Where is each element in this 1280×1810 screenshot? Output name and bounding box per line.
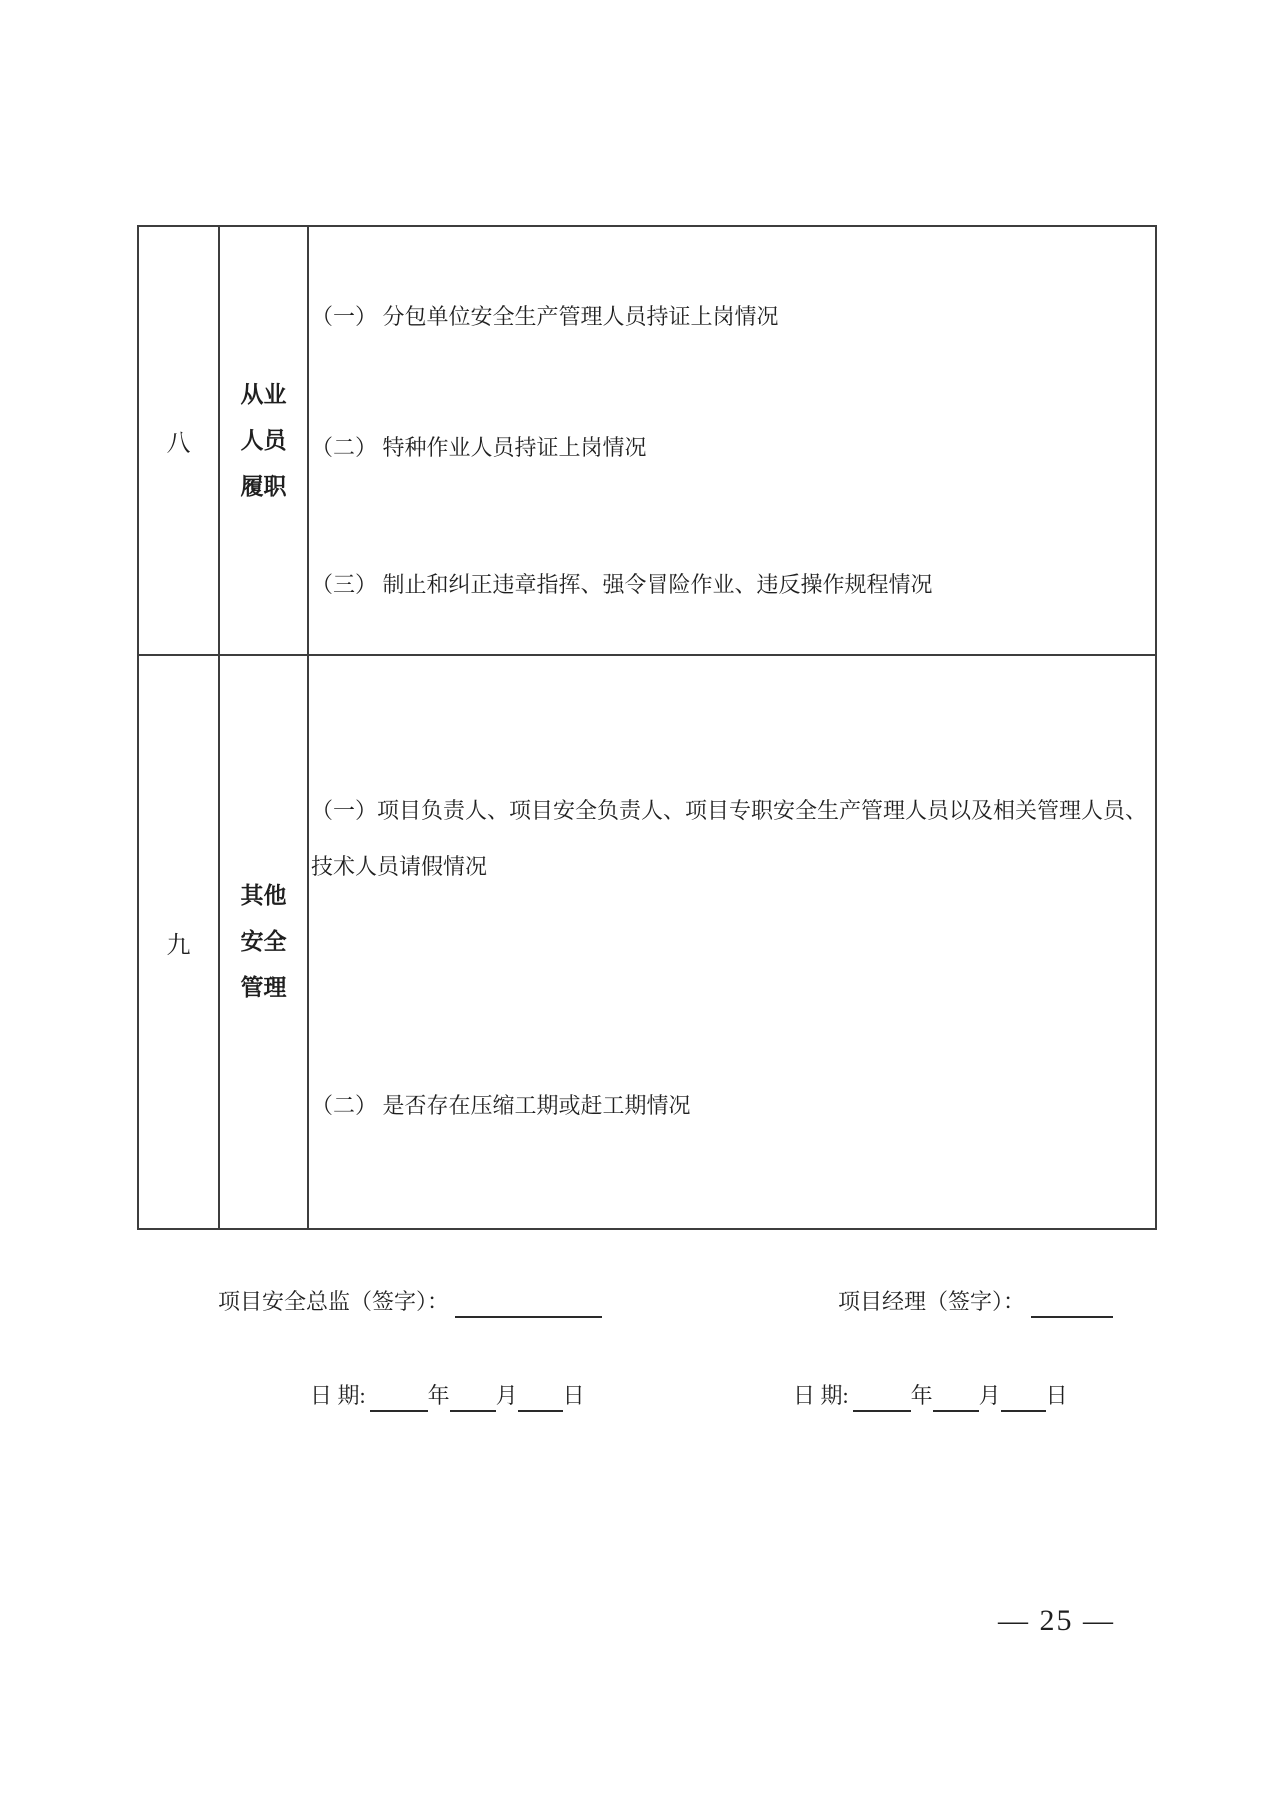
checklist-item: （二） 是否存在压缩工期或赶工期情况 bbox=[311, 1091, 1149, 1121]
table-row: 九 其他 安全 管理 （一）项目负责人、项目安全负责人、项目专职安全生产管理人员… bbox=[138, 655, 1156, 1229]
signature-blank bbox=[455, 1292, 602, 1318]
checklist-item-text: （二） 特种作业人员持证上岗情况 bbox=[311, 433, 1149, 463]
date-year-suffix: 年 bbox=[911, 1383, 933, 1408]
date-line: 日 期:年月日 bbox=[793, 1380, 1068, 1412]
page-number: — 25 — bbox=[998, 1604, 1115, 1638]
table-row: 八 从业 人员 履职 （一） 分包单位安全生产管理人员持证上岗情况 （二） 特种… bbox=[138, 226, 1156, 655]
date-day-blank bbox=[1001, 1386, 1046, 1412]
items-cell: （一） 分包单位安全生产管理人员持证上岗情况 （二） 特种作业人员持证上岗情况 … bbox=[308, 226, 1156, 655]
category-line: 管理 bbox=[220, 965, 307, 1011]
signature-label: 项目经理（签字）： bbox=[838, 1289, 1025, 1314]
signature-line-project-manager: 项目经理（签字）： bbox=[838, 1286, 1113, 1318]
checklist-item: （一） 分包单位安全生产管理人员持证上岗情况 bbox=[311, 302, 1149, 332]
date-year-suffix: 年 bbox=[428, 1383, 450, 1408]
category-line: 人员 bbox=[220, 418, 307, 464]
date-month-suffix: 月 bbox=[979, 1383, 1001, 1408]
date-day-suffix: 日 bbox=[1046, 1383, 1068, 1408]
date-day-blank bbox=[518, 1386, 563, 1412]
signature-label: 项目安全总监（签字）： bbox=[218, 1289, 449, 1314]
checklist-item-text: （一） 分包单位安全生产管理人员持证上岗情况 bbox=[311, 302, 1149, 332]
row-number-cell: 八 bbox=[138, 226, 219, 655]
checklist-item-text: （三） 制止和纠正违章指挥、强令冒险作业、违反操作规程情况 bbox=[311, 570, 1149, 600]
category-line: 从业 bbox=[220, 372, 307, 418]
checklist-item-text: （二） 是否存在压缩工期或赶工期情况 bbox=[311, 1091, 1149, 1121]
inspection-table: 八 从业 人员 履职 （一） 分包单位安全生产管理人员持证上岗情况 （二） 特种… bbox=[137, 225, 1157, 1230]
category-line: 安全 bbox=[220, 919, 307, 965]
category-line: 其他 bbox=[220, 873, 307, 919]
row-number: 八 bbox=[139, 423, 218, 458]
checklist-item: （三） 制止和纠正违章指挥、强令冒险作业、违反操作规程情况 bbox=[311, 570, 1149, 600]
category-line: 履职 bbox=[220, 464, 307, 510]
date-month-blank bbox=[933, 1386, 979, 1412]
date-month-suffix: 月 bbox=[496, 1383, 518, 1408]
date-line: 日 期:年月日 bbox=[310, 1380, 585, 1412]
date-month-blank bbox=[450, 1386, 496, 1412]
category-cell: 从业 人员 履职 bbox=[219, 226, 308, 655]
document-page: 八 从业 人员 履职 （一） 分包单位安全生产管理人员持证上岗情况 （二） 特种… bbox=[0, 0, 1280, 1810]
row-number: 九 bbox=[139, 925, 218, 960]
date-year-blank bbox=[853, 1386, 911, 1412]
row-number-cell: 九 bbox=[138, 655, 219, 1229]
date-label: 日 期: bbox=[310, 1383, 366, 1408]
items-cell: （一）项目负责人、项目安全负责人、项目专职安全生产管理人员以及相关管理人员、 技… bbox=[308, 655, 1156, 1229]
date-day-suffix: 日 bbox=[563, 1383, 585, 1408]
date-year-blank bbox=[370, 1386, 428, 1412]
signature-line-safety-director: 项目安全总监（签字）： bbox=[218, 1286, 602, 1318]
checklist-item-text: （一）项目负责人、项目安全负责人、项目专职安全生产管理人员以及相关管理人员、 bbox=[311, 783, 1149, 839]
date-label: 日 期: bbox=[793, 1383, 849, 1408]
checklist-item: （一）项目负责人、项目安全负责人、项目专职安全生产管理人员以及相关管理人员、 技… bbox=[311, 783, 1149, 895]
category-cell: 其他 安全 管理 bbox=[219, 655, 308, 1229]
signature-blank bbox=[1031, 1292, 1113, 1318]
checklist-item: （二） 特种作业人员持证上岗情况 bbox=[311, 433, 1149, 463]
checklist-item-text: 技术人员请假情况 bbox=[311, 839, 1149, 895]
